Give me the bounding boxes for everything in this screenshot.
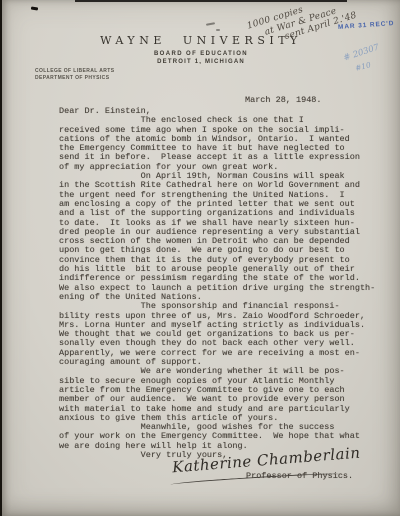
signature-title: Professor of Physics. [246,472,353,481]
scan-speck [31,6,38,10]
scan-edge-artifact [75,0,347,2]
department-line: DEPARTMENT OF PHYSICS [35,75,114,82]
scan-speck [216,29,220,31]
letter-body: Dear Dr. Einstein, The enclosed check is… [59,107,389,460]
letterhead: WAYNE UNIVERSITY BOARD OF EDUCATION DETR… [2,34,400,65]
university-name: WAYNE UNIVERSITY [2,34,400,47]
letterhead-college-block: COLLEGE OF LIBERAL ARTS DEPARTMENT OF PH… [35,68,114,82]
letter-paragraphs: The enclosed check is one that Ireceived… [59,116,389,451]
scanned-letter: WAYNE UNIVERSITY BOARD OF EDUCATION DETR… [0,0,400,516]
letter-date: March 28, 1948. [245,96,322,105]
letter-paper: WAYNE UNIVERSITY BOARD OF EDUCATION DETR… [2,0,400,516]
college-line: COLLEGE OF LIBERAL ARTS [35,68,114,75]
letterhead-city: DETROIT 1, MICHIGAN [2,59,400,65]
letterhead-board: BOARD OF EDUCATION [2,51,400,57]
scan-speck [206,22,215,26]
